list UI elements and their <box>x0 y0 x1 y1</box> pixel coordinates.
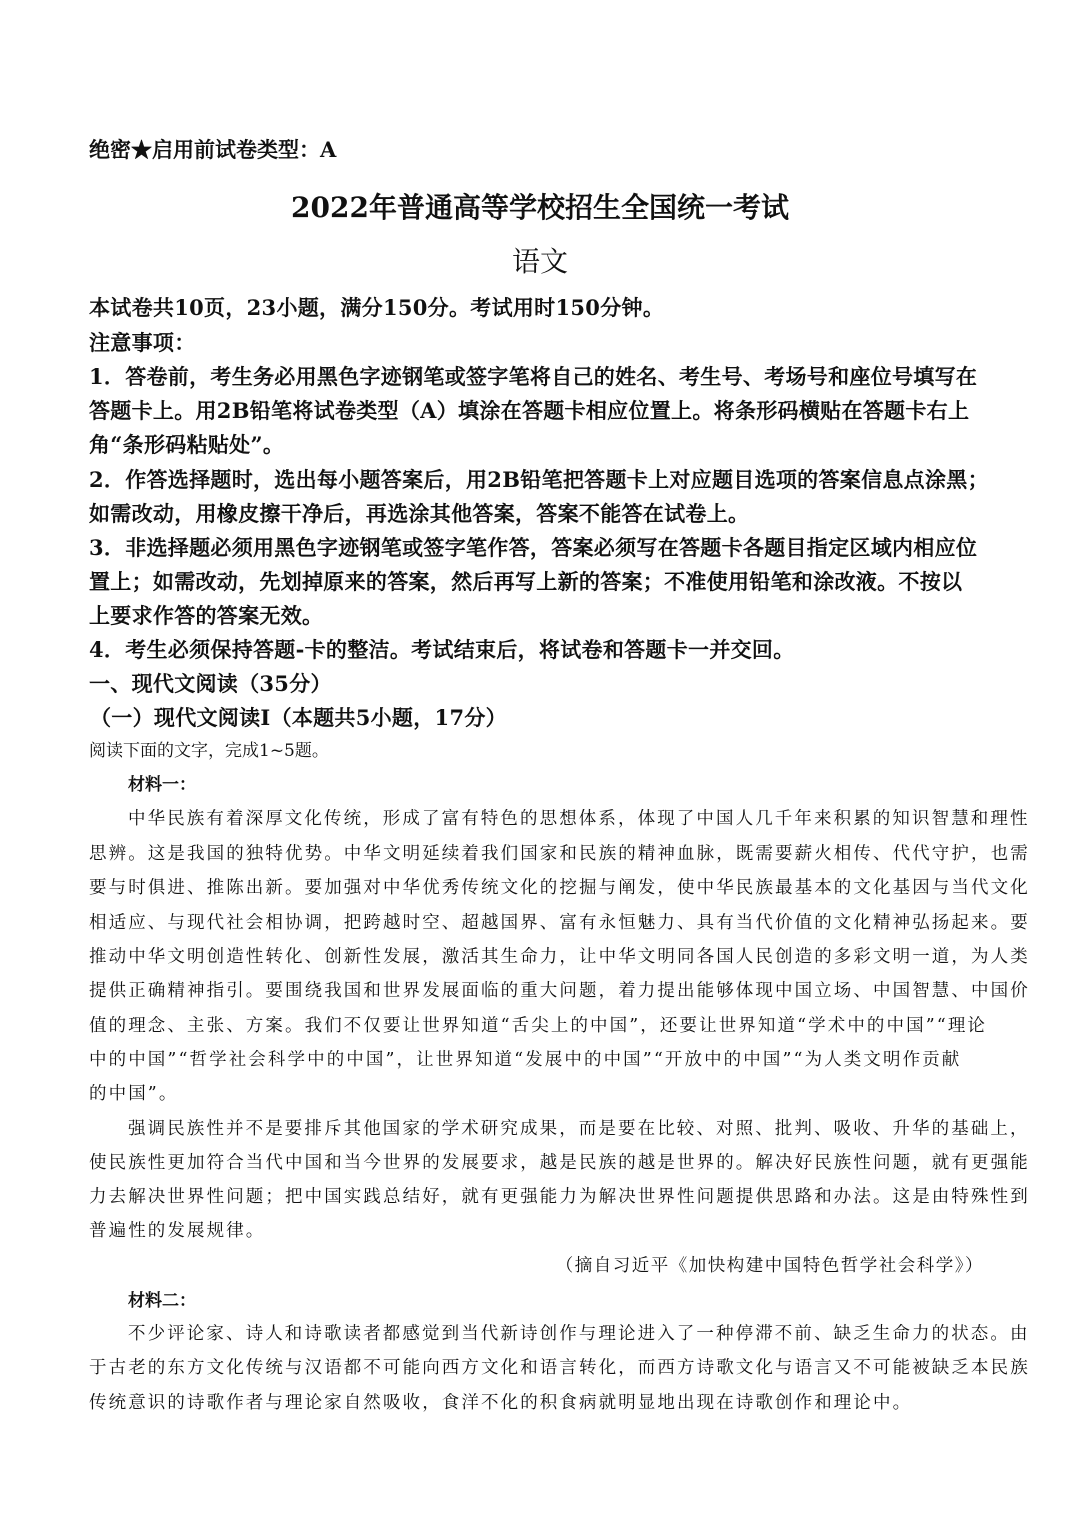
material1-line: 使民族性更加符合当代中国和当今世界的发展要求，越是民族的越是世界的。解决好民族性… <box>89 1149 1030 1174</box>
subject-title: 语文 <box>0 240 1080 280</box>
secret-label: 绝密★启用前试卷类型：A <box>89 134 336 164</box>
material1-line: 普遍性的发展规律。 <box>89 1217 265 1242</box>
material1-line: 思辨。这是我国的独特优势。中华文明延续着我们国家和民族的精神血脉，既需要薪火相传… <box>89 840 1030 865</box>
notice-line: 角“条形码粘贴处”。 <box>89 429 284 459</box>
material1-line: 中华民族有着深厚文化传统，形成了富有特色的思想体系，体现了中国人几千年来积累的知… <box>128 805 1030 830</box>
material1-label: 材料一： <box>128 770 196 795</box>
section-subheading: （一）现代文阅读Ⅰ（本题共5小题，17分） <box>90 702 507 732</box>
section-heading: 一、现代文阅读（35分） <box>89 668 332 698</box>
notice-line: 4．考生必须保持答题-卡的整洁。考试结束后，将试卷和答题卡一并交回。 <box>89 634 795 664</box>
material1-line: 中的中国”“哲学社会科学中的中国”，让世界知道“发展中的中国”“开放中的中国”“… <box>89 1046 961 1071</box>
section-instruction: 阅读下面的文字，完成1~5题。 <box>89 736 329 761</box>
material2-line: 于古老的东方文化传统与汉语都不可能向西方文化和语言转化，而西方诗歌文化与语言又不… <box>89 1354 1030 1379</box>
material1-line: 的中国”。 <box>89 1080 178 1105</box>
notice-heading: 注意事项： <box>89 327 196 357</box>
material1-source: （摘自习近平《加快构建中国特色哲学社会科学》） <box>556 1252 984 1277</box>
exam-page: 绝密★启用前试卷类型：A 2022年普通高等学校招生全国统一考试 语文 本试卷共… <box>0 0 1080 1527</box>
exam-title: 2022年普通高等学校招生全国统一考试 <box>0 186 1080 226</box>
material1-line: 力去解决世界性问题；把中国实践总结好，就有更强能力为解决世界性问题提供思路和办法… <box>89 1183 1030 1208</box>
material1-line: 值的理念、主张、方案。我们不仅要让世界知道“舌尖上的中国”，还要让世界知道“学术… <box>89 1012 987 1037</box>
notice-line: 上要求作答的答案无效。 <box>89 600 323 630</box>
exam-info: 本试卷共10页，23小题，满分150分。考试用时150分钟。 <box>89 292 664 322</box>
material1-line: 推动中华文明创造性转化、创新性发展，激活其生命力，让中华文明同各国人民创造的多彩… <box>89 943 1030 968</box>
notice-line: 3．非选择题必须用黑色字迹钢笔或签字笔作答，答案必须写在答题卡各题目指定区域内相… <box>89 532 977 562</box>
notice-line: 2．作答选择题时，选出每小题答案后，用2B铅笔把答题卡上对应题目选项的答案信息点… <box>89 464 989 494</box>
notice-line: 答题卡上。用2B铅笔将试卷类型（A）填涂在答题卡相应位置上。将条形码横贴在答题卡… <box>89 395 969 425</box>
material2-line: 传统意识的诗歌作者与理论家自然吸收，食洋不化的积食病就明显地出现在诗歌创作和理论… <box>89 1389 912 1414</box>
material1-line: 相适应、与现代社会相协调，把跨越时空、超越国界、富有永恒魅力、具有当代价值的文化… <box>89 909 1030 934</box>
material1-line: 要与时俱进、推陈出新。要加强对中华优秀传统文化的挖掘与阐发，使中华民族最基本的文… <box>89 874 1030 899</box>
notice-line: 1．答卷前，考生务必用黑色字迹钢笔或签字笔将自己的姓名、考生号、考场号和座位号填… <box>89 361 977 391</box>
material1-line: 强调民族性并不是要排斥其他国家的学术研究成果，而是要在比较、对照、批判、吸收、升… <box>128 1115 1030 1140</box>
material2-line: 不少评论家、诗人和诗歌读者都感觉到当代新诗创作与理论进入了一种停滞不前、缺乏生命… <box>128 1320 1030 1345</box>
notice-line: 如需改动，用橡皮擦干净后，再选涂其他答案，答案不能答在试卷上。 <box>89 498 749 528</box>
material2-label: 材料二： <box>128 1286 196 1311</box>
notice-line: 置上；如需改动，先划掉原来的答案，然后再写上新的答案；不准使用铅笔和涂改液。不按… <box>89 566 962 596</box>
material1-line: 提供正确精神指引。要围绕我国和世界发展面临的重大问题，着力提出能够体现中国立场、… <box>89 977 1030 1002</box>
